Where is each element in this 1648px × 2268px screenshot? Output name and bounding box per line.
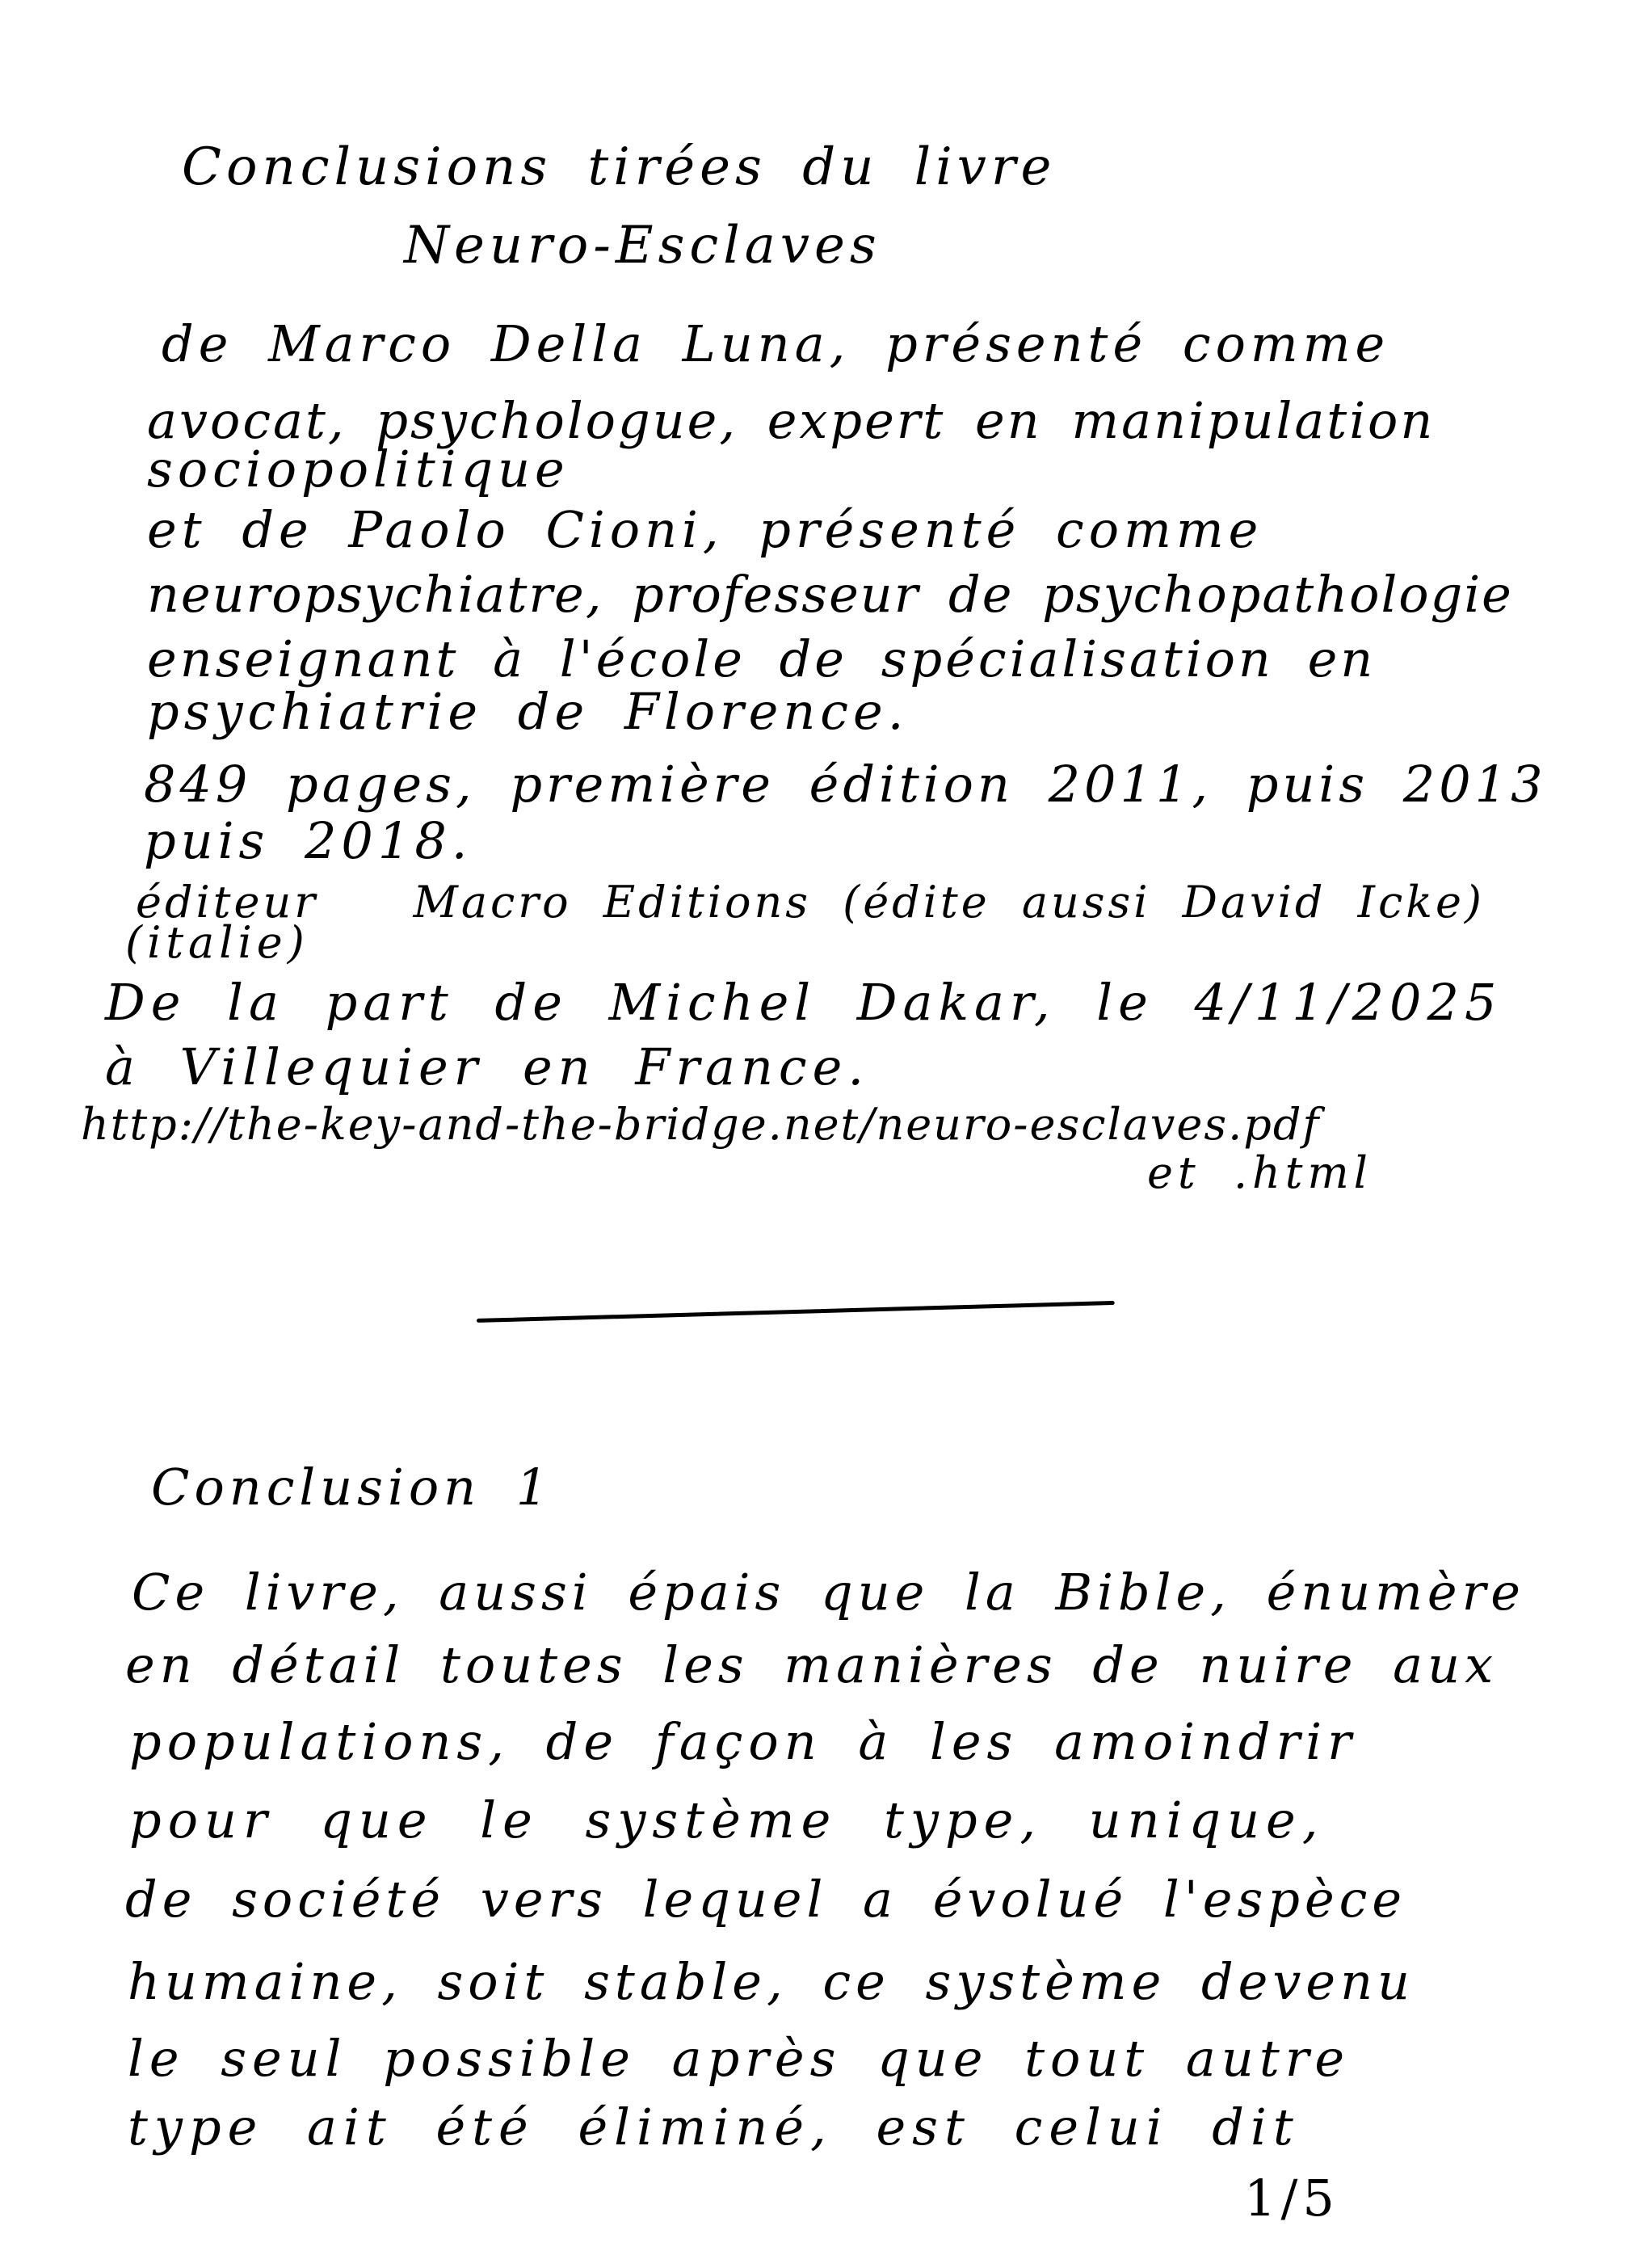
handwritten-page: Conclusions tirées du livre Neuro-Esclav…	[0, 0, 1648, 2268]
document-title: Conclusions tirées du livre	[182, 141, 1030, 193]
body-line-4: pour que le système type, unique,	[129, 1795, 1324, 1845]
publication-line-2: puis 2018.	[144, 816, 472, 866]
publication-line-1: 849 pages, première édition 2011, puis 2…	[144, 760, 1547, 810]
author-date-line: De la part de Michel Dakar, le 4/11/2025	[105, 978, 1502, 1028]
book-title: Neuro-Esclaves	[404, 220, 881, 271]
document-url-suffix: et .html	[1147, 1151, 1373, 1195]
body-line-5: de société vers lequel a évolué l'espèce	[125, 1875, 1406, 1925]
body-line-8: type ait été éliminé, est celui dit	[128, 2102, 1300, 2152]
publisher-line: éditeur Macro Editions (édite aussi Davi…	[136, 881, 1485, 924]
intro-line-5: neuropsychiatre, professeur de psychopat…	[147, 570, 1513, 620]
intro-line-4: et de Paolo Cioni, présenté comme	[147, 505, 1263, 555]
location-line: à Villequier en France.	[105, 1042, 869, 1092]
document-url: http://the-key-and-the-bridge.net/neuro-…	[81, 1103, 1320, 1147]
section-divider	[477, 1301, 1115, 1323]
page-number: 1/5	[1244, 2173, 1339, 2224]
publisher-country: (italie)	[125, 921, 309, 965]
intro-line-6: enseignant à l'école de spécialisation e…	[147, 634, 1376, 684]
intro-line-7: psychiatrie de Florence.	[147, 687, 908, 737]
body-line-1: Ce livre, aussi épais que la Bible, énum…	[132, 1567, 1525, 1618]
body-line-6: humaine, soit stable, ce système devenu	[128, 1957, 1415, 2007]
intro-line-3: sociopolitique	[147, 444, 570, 494]
intro-line-1: de Marco Della Luna, présenté comme	[162, 319, 1389, 369]
body-line-3: populations, de façon à les amoindrir	[129, 1717, 1357, 1767]
body-line-2: en détail toutes les manières de nuire a…	[125, 1640, 1498, 1690]
intro-line-2: avocat, psychologue, expert en manipulat…	[147, 396, 1435, 446]
body-line-7: le seul possible après que tout autre	[128, 2034, 1350, 2084]
section-heading: Conclusion 1	[151, 1462, 553, 1513]
